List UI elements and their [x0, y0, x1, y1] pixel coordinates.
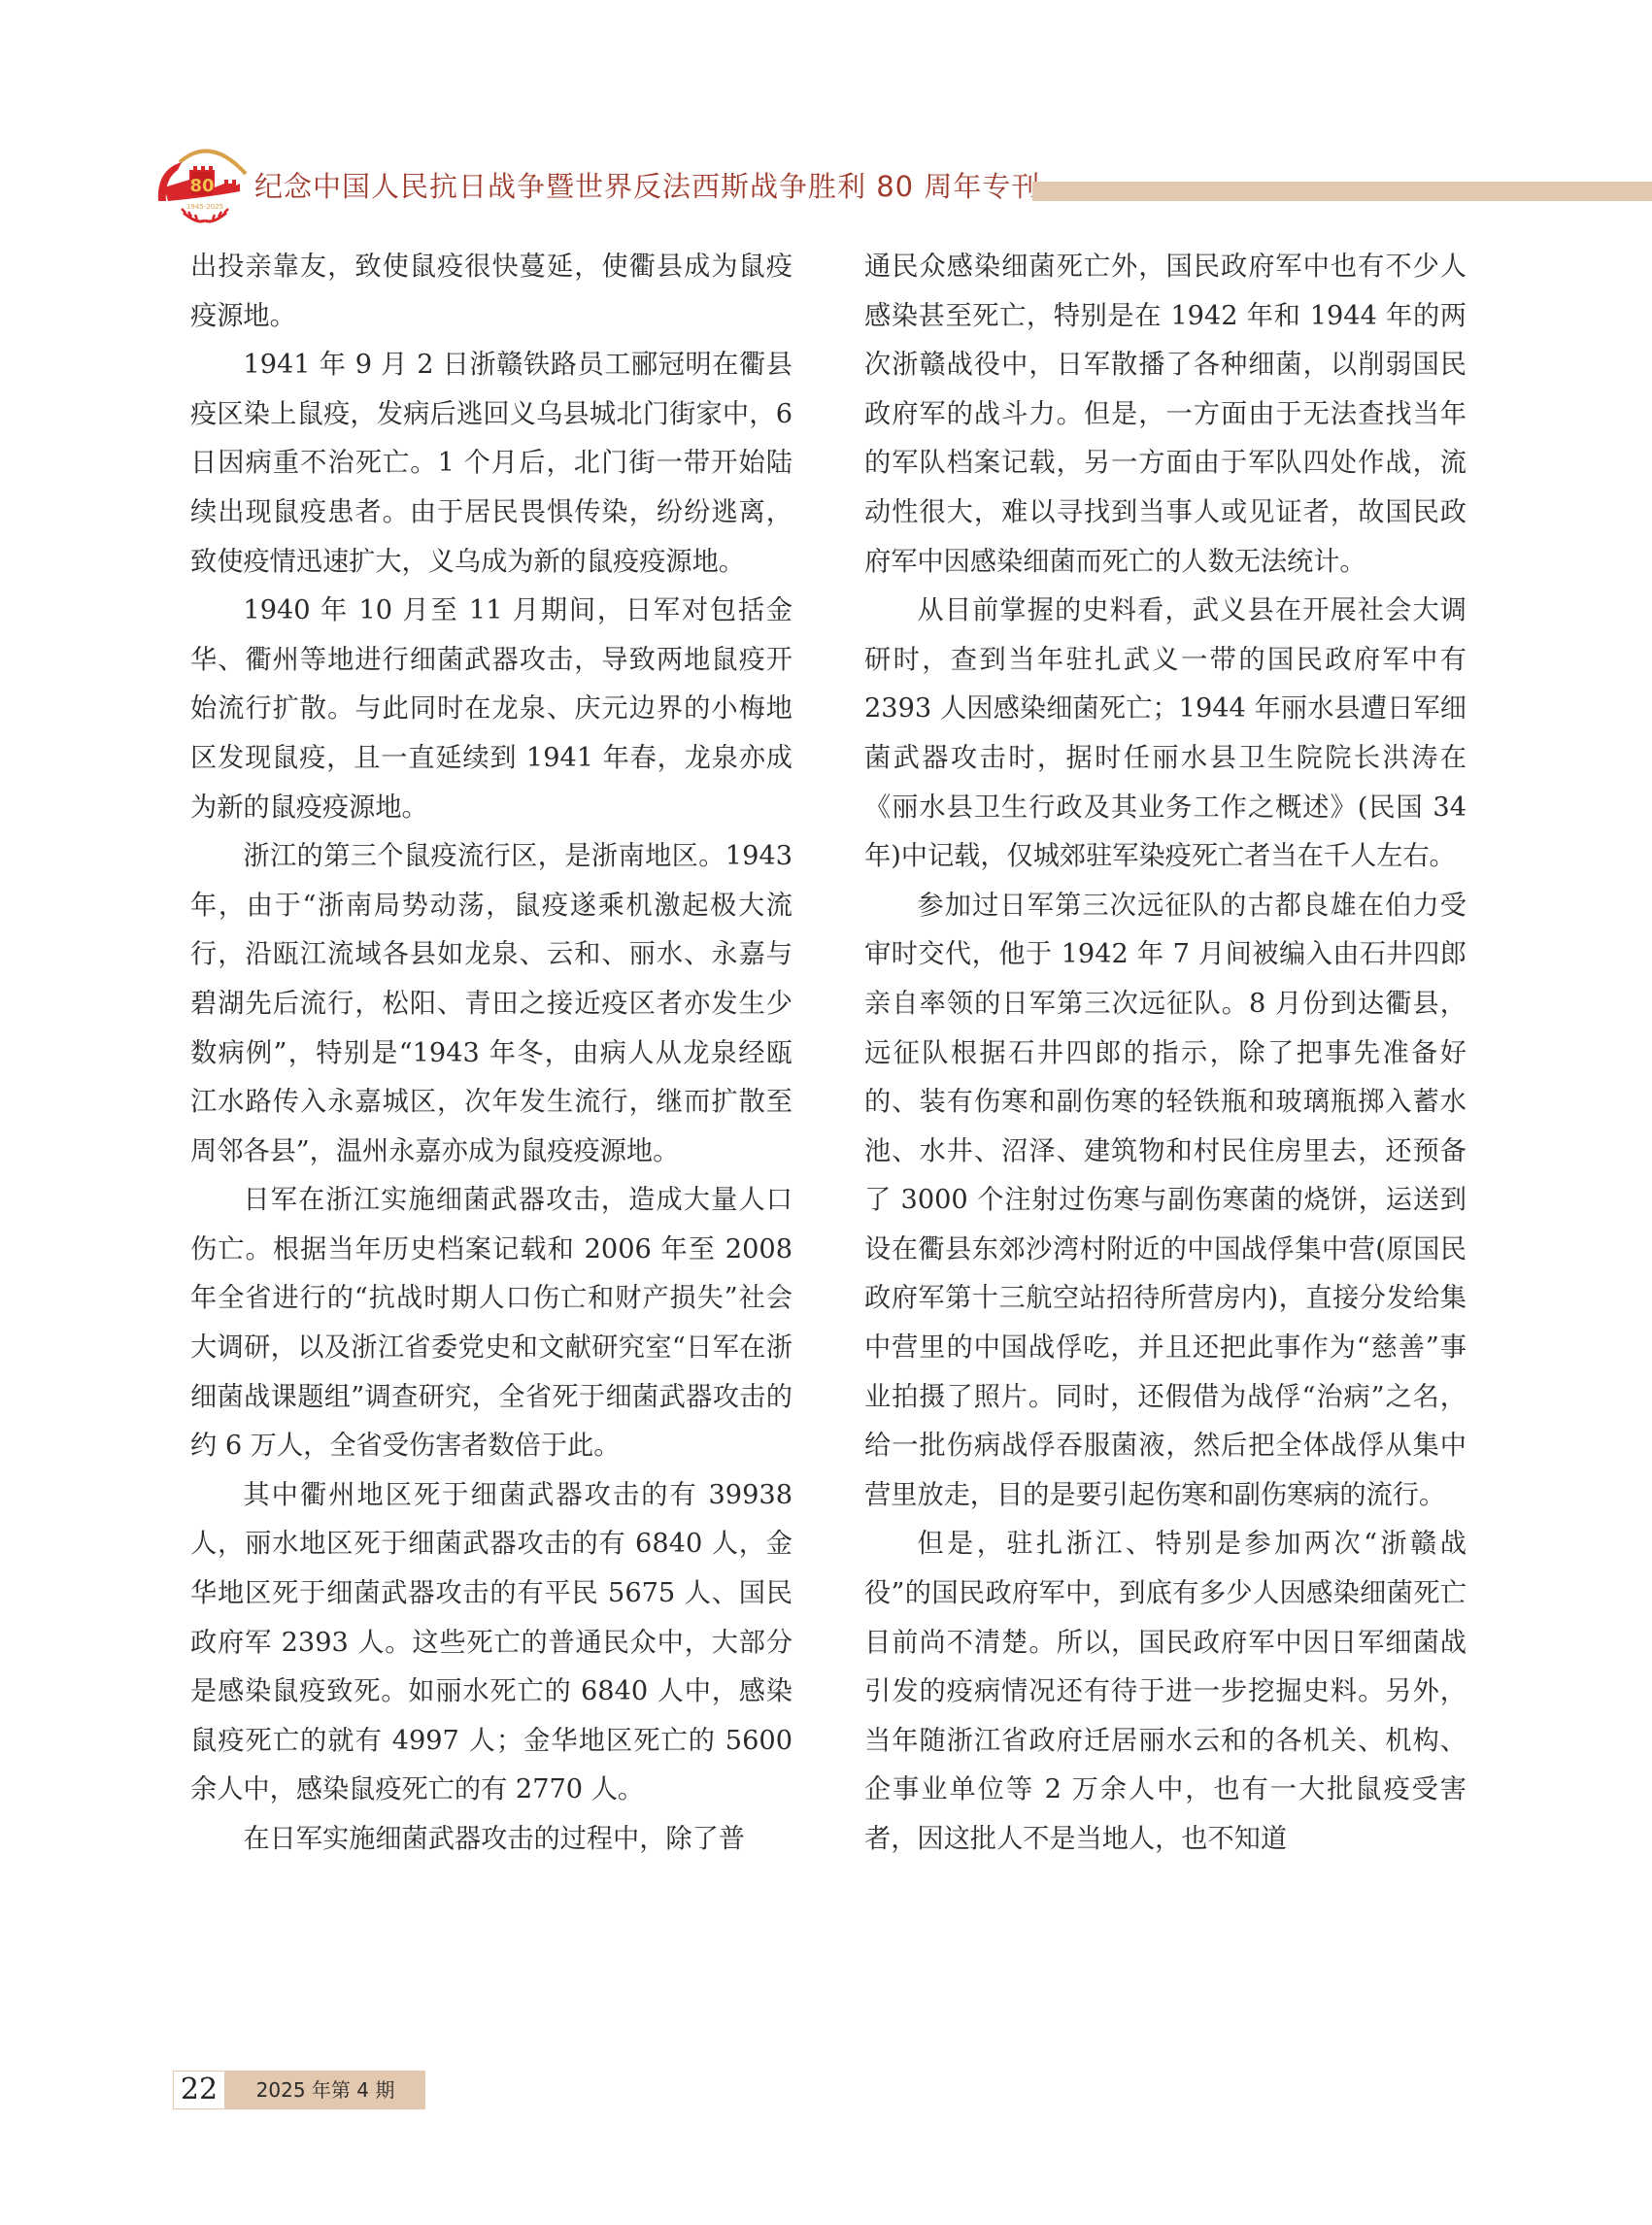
paragraph: 通民众感染细菌死亡外，国民政府军中也有不少人感染甚至死亡，特别是在 1942 年… — [864, 243, 1467, 587]
header-decorative-bar — [1032, 182, 1652, 201]
paragraph: 出投亲靠友，致使鼠疫很快蔓延，使衢县成为鼠疫疫源地。 — [190, 243, 792, 341]
paragraph: 日军在浙江实施细菌武器攻击，造成大量人口伤亡。根据当年历史档案记载和 2006 … — [190, 1176, 792, 1471]
page-header: 80 1945-2025 纪念中国人民抗日战争暨世界反法西斯战争胜利 80 周年… — [0, 136, 1652, 233]
paragraph: 在日军实施细菌武器攻击的过程中，除了普 — [190, 1815, 792, 1865]
paragraph: 1940 年 10 月至 11 月期间，日军对包括金华、衢州等地进行细菌武器攻击… — [190, 587, 792, 832]
right-column: 通民众感染细菌死亡外，国民政府军中也有不少人感染甚至死亡，特别是在 1942 年… — [864, 243, 1467, 1865]
paragraph: 从目前掌握的史料看，武义县在开展社会大调研时，查到当年驻扎武义一带的国民政府军中… — [864, 587, 1467, 882]
paragraph: 浙江的第三个鼠疫流行区，是浙南地区。1943 年，由于“浙南局势动荡，鼠疫遂乘机… — [190, 832, 792, 1176]
paragraph: 参加过日军第三次远征队的古都良雄在伯力受审时交代，他于 1942 年 7 月间被… — [864, 882, 1467, 1521]
anniversary-logo-icon: 80 1945-2025 — [151, 141, 259, 226]
page-number: 22 — [173, 2071, 225, 2109]
paragraph: 其中衢州地区死于细菌武器攻击的有 39938 人，丽水地区死于细菌武器攻击的有 … — [190, 1471, 792, 1815]
left-column: 出投亲靠友，致使鼠疫很快蔓延，使衢县成为鼠疫疫源地。 1941 年 9 月 2 … — [190, 243, 792, 1865]
special-issue-title: 纪念中国人民抗日战争暨世界反法西斯战争胜利 80 周年专刊 — [254, 173, 1040, 201]
svg-text:80: 80 — [189, 176, 214, 196]
issue-label: 2025 年第 4 期 — [225, 2071, 425, 2109]
paragraph: 1941 年 9 月 2 日浙赣铁路员工郦冠明在衢县疫区染上鼠疫，发病后逃回义乌… — [190, 341, 792, 587]
paragraph: 但是，驻扎浙江、特别是参加两次“浙赣战役”的国民政府军中，到底有多少人因感染细菌… — [864, 1520, 1467, 1864]
page-footer: 22 2025 年第 4 期 — [173, 2071, 425, 2109]
svg-text:1945-2025: 1945-2025 — [186, 203, 223, 211]
